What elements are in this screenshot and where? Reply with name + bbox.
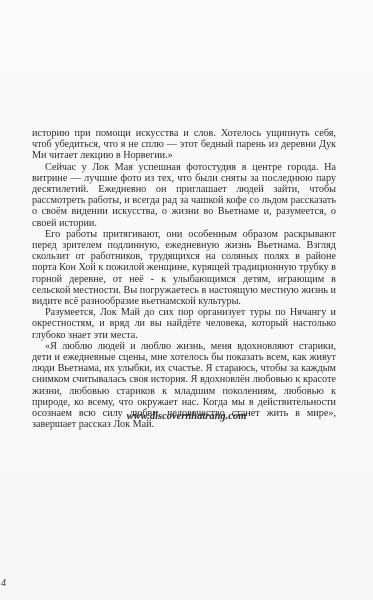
paragraph-1: историю при помощи искусства и слов. Хот… xyxy=(32,128,336,162)
website-url: www.discovernhatrang.com xyxy=(0,411,373,422)
paragraph-4: Разумеется, Лок Май до сих пор организуе… xyxy=(32,307,336,341)
paragraph-3: Его работы притягивают, они особенным об… xyxy=(32,229,336,307)
paragraph-2: Сейчас у Лок Мая успешная фотостудия в ц… xyxy=(32,162,336,229)
article-body: историю при помощи искусства и слов. Хот… xyxy=(32,128,336,430)
page-number: 4 xyxy=(1,578,6,589)
book-page: историю при помощи искусства и слов. Хот… xyxy=(0,0,373,600)
